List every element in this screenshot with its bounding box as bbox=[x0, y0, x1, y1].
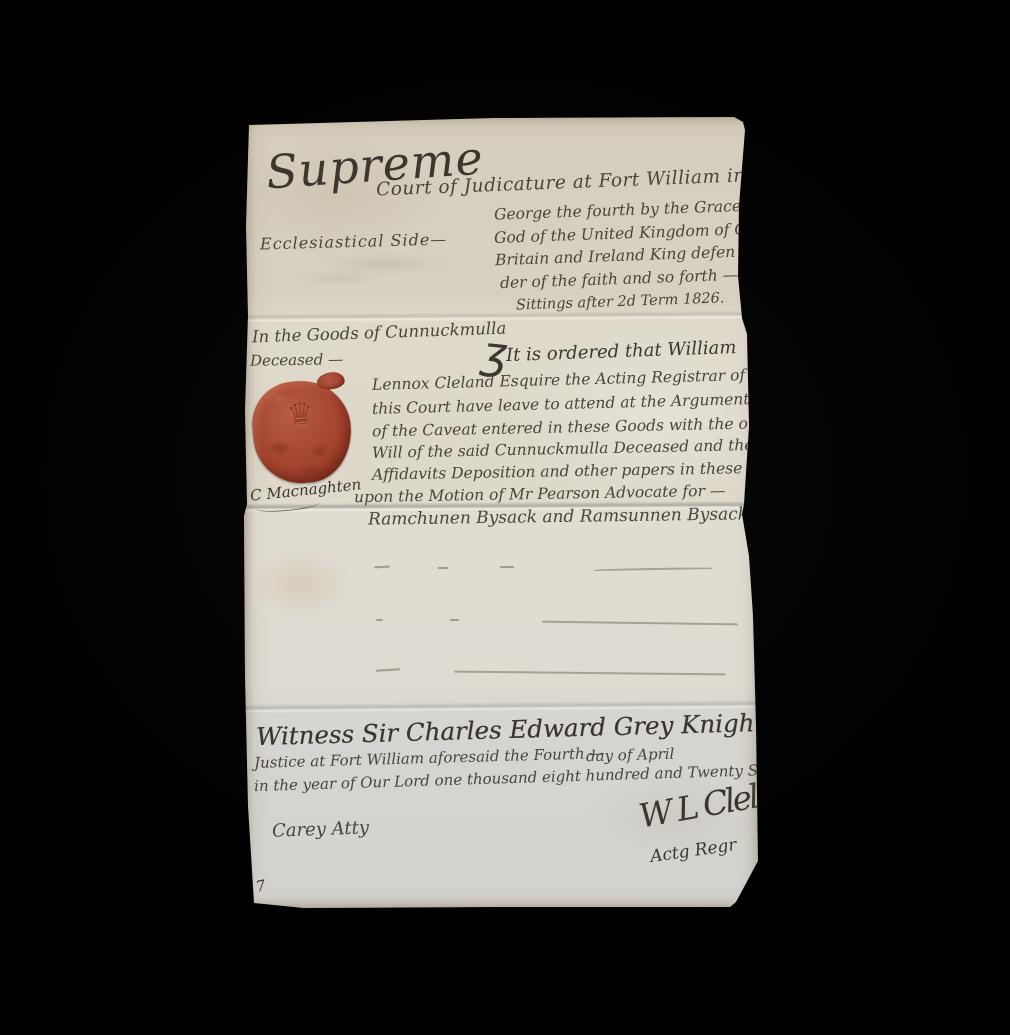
case-caption-line-1: In the Goods of Cunnuckmulla bbox=[252, 320, 507, 347]
royal-style-line-3: Britain and Ireland King defen bbox=[495, 244, 736, 269]
faint-line bbox=[594, 567, 712, 571]
order-line-1: It is ordered that William bbox=[506, 338, 737, 366]
faint-line bbox=[454, 671, 726, 676]
faint-mark bbox=[450, 619, 459, 621]
order-line-8: Ramchunen Bysack and Ramsunnen Bysack bbox=[368, 505, 748, 529]
royal-style-line-2: God of the United Kingdom of Great bbox=[494, 220, 779, 247]
wax-droplet bbox=[316, 371, 345, 390]
faint-mark bbox=[500, 566, 514, 568]
ecclesiastical-side-label: Ecclesiastical Side— bbox=[260, 231, 448, 253]
faint-mark bbox=[374, 566, 390, 569]
faint-mark bbox=[376, 619, 383, 621]
faint-mark bbox=[376, 668, 400, 672]
order-line-6: Affidavits Deposition and other papers i… bbox=[372, 459, 796, 483]
photo-background: Supreme Court of Judicature at Fort Will… bbox=[0, 0, 1010, 1035]
registrar-title: Actg Regr bbox=[649, 836, 738, 867]
red-wax-seal: ♛ bbox=[249, 377, 356, 487]
witness-line-1: Witness Sir Charles Edward Grey Knight C… bbox=[256, 708, 839, 751]
sittings-line: Sittings after 2d Term 1826. bbox=[516, 291, 725, 314]
seal-crest-emboss: ♛ bbox=[250, 393, 351, 436]
royal-style-line-1: George the fourth by the Grace of bbox=[494, 197, 761, 223]
royal-style-line-4: der of the faith and so forth — bbox=[500, 267, 739, 292]
order-line-3: this Court have leave to attend at the A… bbox=[372, 391, 750, 418]
attorney-signature: Carey Atty bbox=[272, 818, 370, 841]
witness-line-2b: day of April bbox=[586, 746, 675, 765]
faint-mark bbox=[438, 567, 448, 569]
document-page: Supreme Court of Judicature at Fort Will… bbox=[244, 116, 762, 911]
order-line-5: Will of the said Cunnuckmulla Deceased a… bbox=[372, 437, 754, 462]
faint-line bbox=[542, 621, 738, 626]
case-caption-line-2: Deceased — bbox=[250, 351, 343, 369]
order-line-7: upon the Motion of Mr Pearson Advocate f… bbox=[354, 483, 726, 507]
page-number: 7 bbox=[254, 877, 267, 895]
order-line-2: Lennox Cleland Esquire the Acting Regist… bbox=[372, 367, 746, 394]
